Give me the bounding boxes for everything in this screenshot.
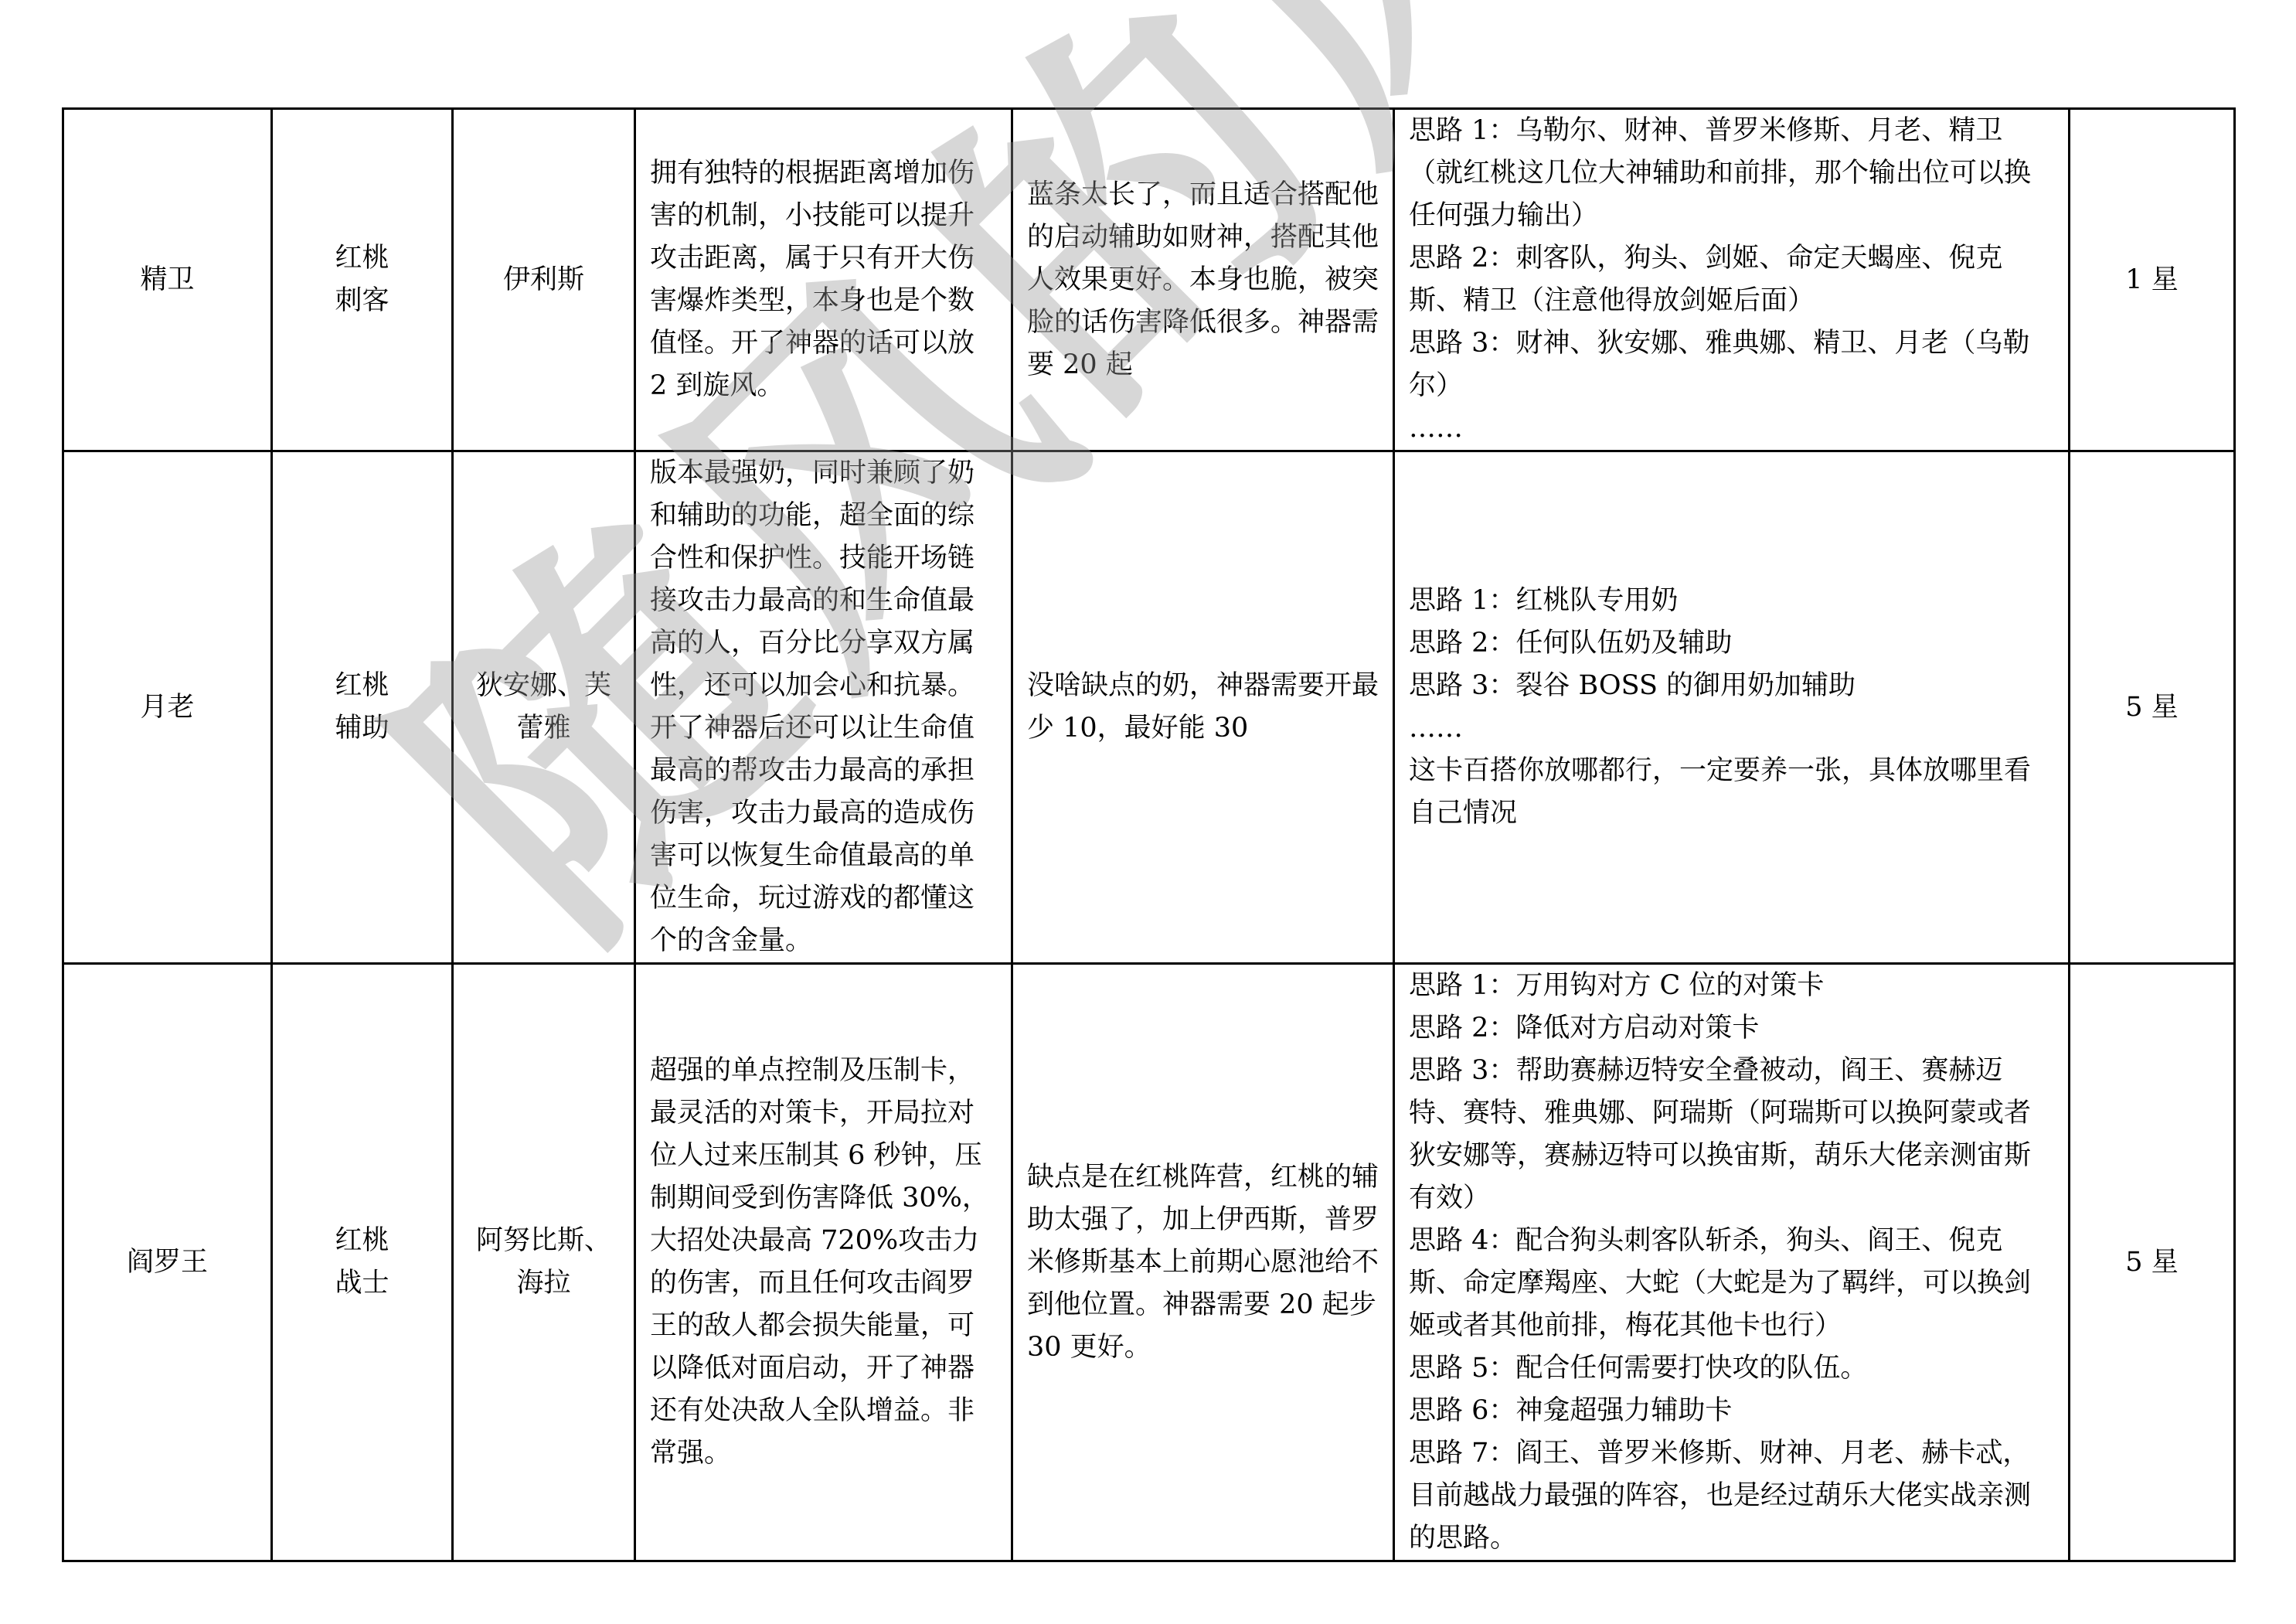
description-cell: 超强的单点控制及压制卡，最灵活的对策卡，开局拉对位人过来压制其 6 秒钟，压制期… — [635, 964, 1012, 1561]
card-name-cell: 精卫 — [63, 109, 272, 451]
idea-line: 思路 2：降低对方启动对策卡 — [1409, 1007, 2054, 1050]
rating-cell: 1 星 — [2070, 109, 2235, 451]
card-name-cell: 月老 — [63, 451, 272, 964]
weakness-cell: 蓝条太长了，而且适合搭配他的启动辅助如财神，搭配其他人效果更好。本身也脆，被突脸… — [1012, 109, 1394, 451]
idea-line: 思路 7：阎王、普罗米修斯、财神、月老、赫卡忒，目前越战力最强的阵容，也是经过葫… — [1409, 1432, 2054, 1560]
idea-line: 思路 2：任何队伍奶及辅助 — [1409, 622, 2054, 665]
card-review-table: 精卫 红桃 刺客 伊利斯 拥有独特的根据距离增加伤害的机制，小技能可以提升攻击距… — [62, 107, 2236, 1562]
bond-cell: 伊利斯 — [453, 109, 635, 451]
bond-cell: 狄安娜、芙蕾雅 — [453, 451, 635, 964]
idea-line: 思路 3：帮助赛赫迈特安全叠被动，阎王、赛赫迈特、赛特、雅典娜、阿瑞斯（阿瑞斯可… — [1409, 1050, 2054, 1220]
camp-label: 红桃 — [287, 1220, 437, 1262]
idea-line: 思路 1：乌勒尔、财神、普罗米修斯、月老、精卫（就红桃这几位大神辅助和前排，那个… — [1409, 110, 2054, 237]
camp-role-cell: 红桃 辅助 — [272, 451, 453, 964]
lineup-ideas-cell: 思路 1：万用钩对方 C 位的对策卡 思路 2：降低对方启动对策卡 思路 3：帮… — [1394, 964, 2070, 1561]
weakness-cell: 缺点是在红桃阵营，红桃的辅助太强了，加上伊西斯，普罗米修斯基本上前期心愿池给不到… — [1012, 964, 1394, 1561]
idea-line: 思路 1：万用钩对方 C 位的对策卡 — [1409, 965, 2054, 1007]
camp-role-cell: 红桃 刺客 — [272, 109, 453, 451]
table-row: 精卫 红桃 刺客 伊利斯 拥有独特的根据距离增加伤害的机制，小技能可以提升攻击距… — [63, 109, 2235, 451]
idea-line: 思路 6：神龛超强力辅助卡 — [1409, 1390, 2054, 1432]
document-page: 精卫 红桃 刺客 伊利斯 拥有独特的根据距离增加伤害的机制，小技能可以提升攻击距… — [0, 0, 2296, 1624]
description-cell: 版本最强奶，同时兼顾了奶和辅助的功能，超全面的综合性和保护性。技能开场链接攻击力… — [635, 451, 1012, 964]
table-row: 阎罗王 红桃 战士 阿努比斯、海拉 超强的单点控制及压制卡，最灵活的对策卡，开局… — [63, 964, 2235, 1561]
role-label: 辅助 — [287, 707, 437, 750]
idea-line: 思路 5：配合任何需要打快攻的队伍。 — [1409, 1347, 2054, 1390]
table-row: 月老 红桃 辅助 狄安娜、芙蕾雅 版本最强奶，同时兼顾了奶和辅助的功能，超全面的… — [63, 451, 2235, 964]
idea-line: …… — [1409, 707, 2054, 750]
lineup-ideas-cell: 思路 1：乌勒尔、财神、普罗米修斯、月老、精卫（就红桃这几位大神辅助和前排，那个… — [1394, 109, 2070, 451]
idea-line: 思路 3：裂谷 BOSS 的御用奶加辅助 — [1409, 665, 2054, 707]
rating-cell: 5 星 — [2070, 964, 2235, 1561]
weakness-cell: 没啥缺点的奶，神器需要开最少 10，最好能 30 — [1012, 451, 1394, 964]
camp-role-cell: 红桃 战士 — [272, 964, 453, 1561]
role-label: 刺客 — [287, 280, 437, 322]
idea-line: 思路 1：红桃队专用奶 — [1409, 580, 2054, 622]
camp-label: 红桃 — [287, 665, 437, 707]
description-cell: 拥有独特的根据距离增加伤害的机制，小技能可以提升攻击距离，属于只有开大伤害爆炸类… — [635, 109, 1012, 451]
card-name-cell: 阎罗王 — [63, 964, 272, 1561]
lineup-ideas-cell: 思路 1：红桃队专用奶 思路 2：任何队伍奶及辅助 思路 3：裂谷 BOSS 的… — [1394, 451, 2070, 964]
camp-label: 红桃 — [287, 237, 437, 280]
idea-line: 思路 4：配合狗头刺客队斩杀，狗头、阎王、倪克斯、命定摩羯座、大蛇（大蛇是为了羁… — [1409, 1220, 2054, 1347]
bond-cell: 阿努比斯、海拉 — [453, 964, 635, 1561]
idea-line: …… — [1409, 407, 2054, 450]
idea-line: 这卡百搭你放哪都行，一定要养一张，具体放哪里看自己情况 — [1409, 750, 2054, 835]
role-label: 战士 — [287, 1262, 437, 1305]
rating-cell: 5 星 — [2070, 451, 2235, 964]
idea-line: 思路 2：刺客队，狗头、剑姬、命定天蝎座、倪克斯、精卫（注意他得放剑姬后面） — [1409, 237, 2054, 322]
idea-line: 思路 3：财神、狄安娜、雅典娜、精卫、月老（乌勒尔） — [1409, 322, 2054, 407]
